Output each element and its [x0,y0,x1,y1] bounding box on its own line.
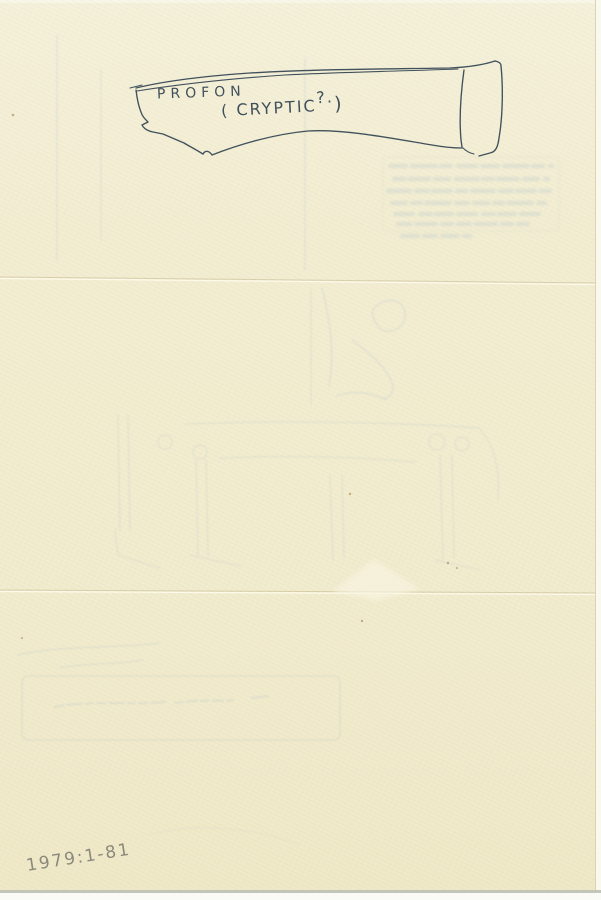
scanner-background-right [595,0,601,900]
ghost-furniture-sketch [115,415,498,570]
paper-bottom-edge [0,890,601,900]
ghost-typewriting [383,157,559,236]
ghost-figure-sketch [322,288,405,400]
fold-creases [0,277,601,601]
pressed-highlight [332,559,420,601]
ghost-banner-sketch [18,643,340,845]
scanned-page: PROFON ( CRYPTIC?.) 1979:1-81 [0,0,601,900]
banner-subtitle-text: ( CRYPTIC [221,96,318,120]
closing-paren: ) [334,93,345,115]
question-mark: ?. [316,87,335,107]
sketch-layer [0,0,601,900]
